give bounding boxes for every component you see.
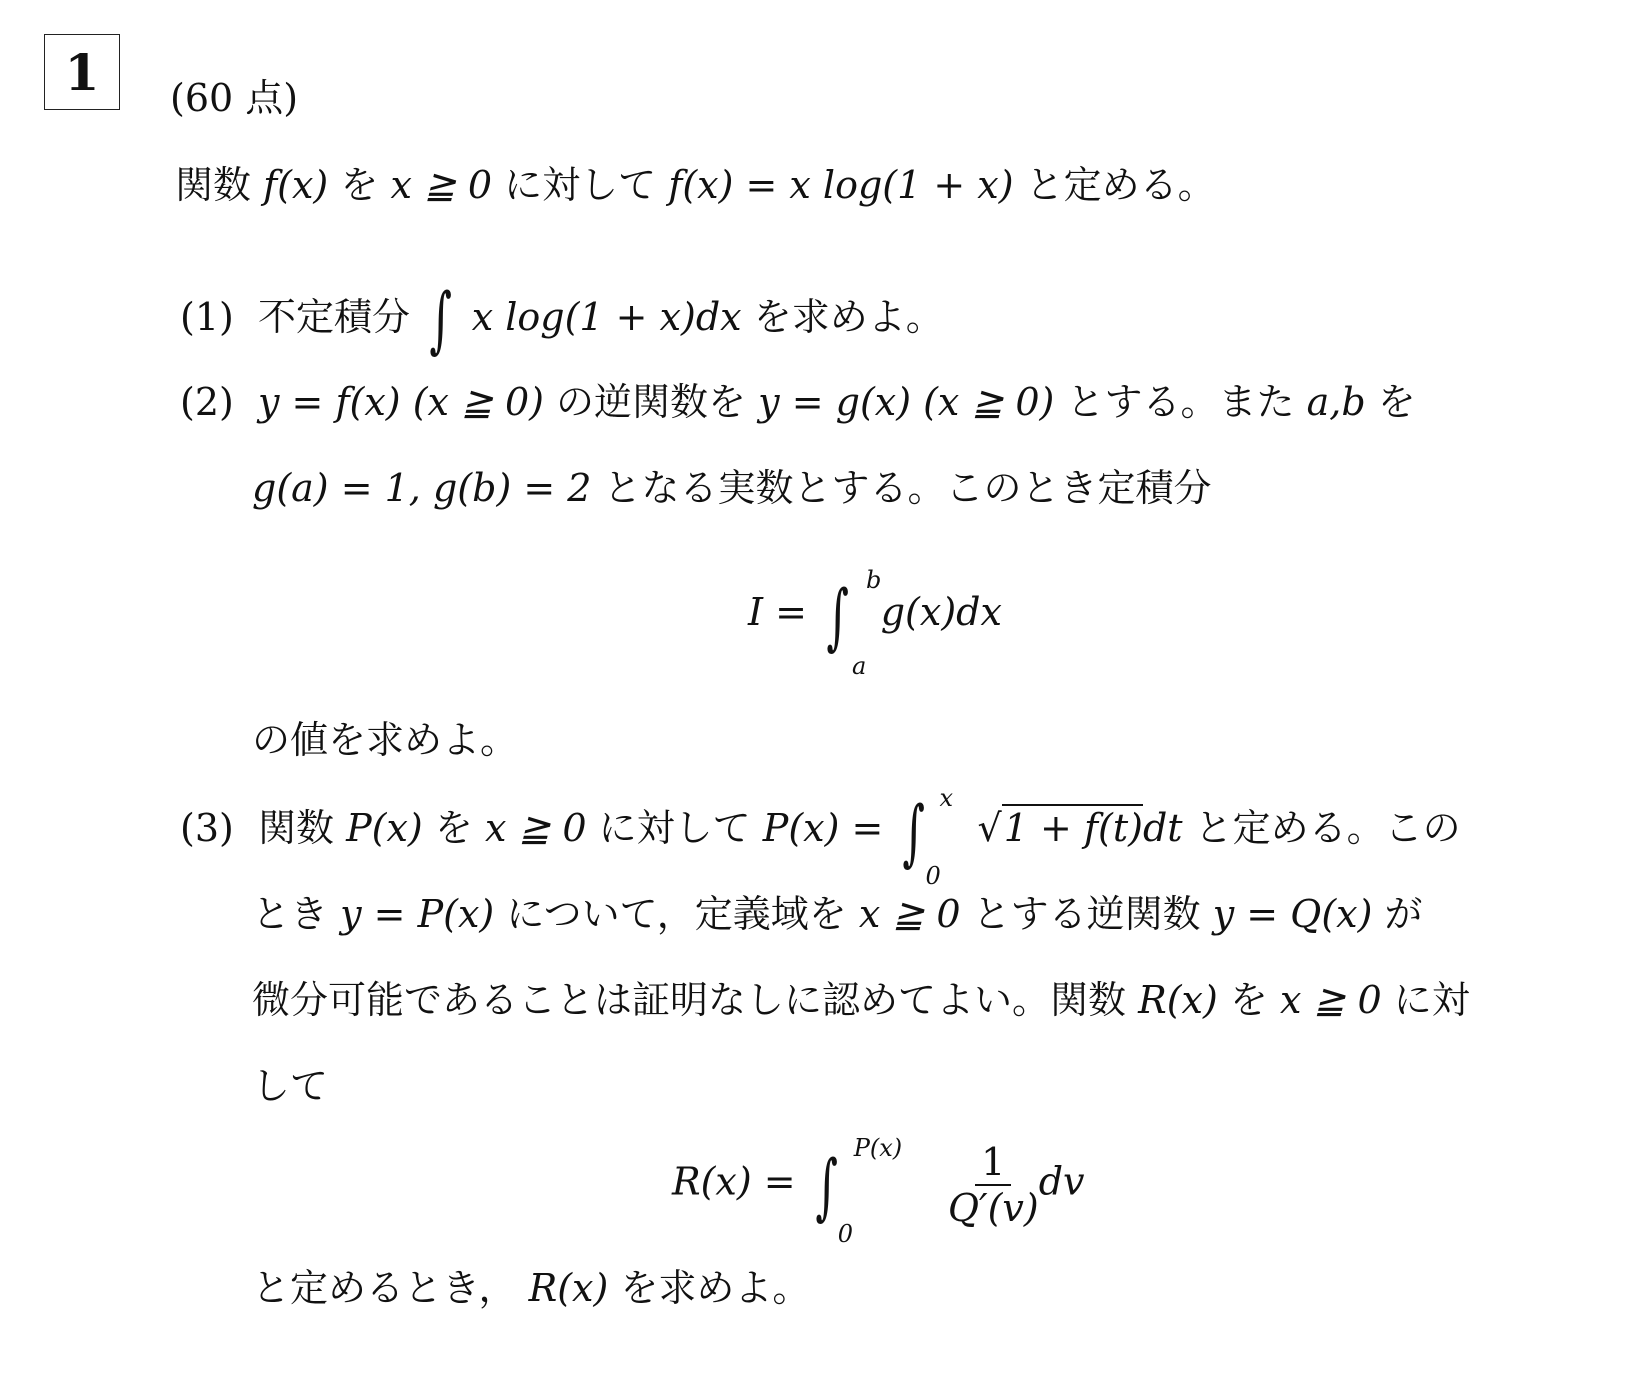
math-y-P: y = P(x) [340,892,494,936]
integral-sign: ∫ [430,297,453,341]
part-2-label: (2) [180,380,234,424]
intro-fx: f(x) [263,163,328,207]
text: とする。また [1066,380,1294,424]
denominator: Q′(v) [948,1186,1039,1230]
part-1-integrand: x log(1 + x)dx [472,295,742,339]
text: を [1230,978,1268,1022]
part-1-text-after: を求めよ。 [754,295,944,339]
integral-sign: ∫ [903,810,926,854]
integral-block: ∫ P(x) 0 [808,1160,936,1208]
integral-sign: ∫ [815,1164,838,1208]
text: 微分可能であることは証明なしに認めてよい。関数 [252,978,1126,1022]
fraction: 1 Q′(v) [948,1140,1039,1230]
part-1-text-before: 不定積分 [258,295,410,339]
upper-limit: b [866,558,881,602]
part-2-line-2: g(a) = 1, g(b) = 2 となる実数とする。このとき定積分 [252,466,1212,510]
display-integrand: g(x)dx [881,590,1002,634]
part-3-line-5: と定めるとき， R(x) を求めよ。 [252,1266,810,1310]
part-2-line-1: (2) y = f(x) (x ≧ 0) の逆関数を y = g(x) (x ≧… [180,380,1416,424]
intro-prefix: 関数 [175,163,251,207]
intro-mid2: に対して [504,163,656,207]
math-ab: a,b [1307,380,1366,424]
math-cond: x ≧ 0 [1280,978,1382,1022]
text: とき [252,892,328,936]
intro-suffix: と定める。 [1026,163,1216,207]
text: に対して [599,806,751,850]
math-f-def: y = f(x) (x ≧ 0) [258,380,544,424]
numerator: 1 [975,1140,1011,1186]
part-3-line-4: して [252,1064,328,1108]
part-3-label: (3) [180,806,234,850]
part-1-label: (1) [180,295,234,339]
math-y-Q: y = Q(x) [1213,892,1373,936]
text: 関数 [258,806,334,850]
intro-line: 関数 f(x) を x ≧ 0 に対して f(x) = x log(1 + x)… [175,163,1216,207]
integral-sign: ∫ [827,594,850,638]
math-Rx: R(x) [1138,978,1218,1022]
text: の逆関数を [556,380,746,424]
upper-limit: x [939,776,953,820]
upper-limit: P(x) [854,1126,902,1170]
text: と定める。この [1195,806,1461,850]
display-lhs: I = [748,590,807,634]
part-3-line-3: 微分可能であることは証明なしに認めてよい。関数 R(x) を x ≧ 0 に対 [252,978,1470,1022]
math-Rx: R(x) [529,1266,609,1310]
radicand: 1 + f(t) [1002,804,1143,850]
dv: dv [1039,1160,1085,1204]
text: となる実数とする。このとき定積分 [604,466,1212,510]
display-lhs: R(x) = [672,1160,796,1204]
text: を [1378,380,1416,424]
math-g-values: g(a) = 1, g(b) = 2 [252,466,591,510]
text: が [1385,892,1423,936]
lower-limit: 0 [838,1212,853,1256]
intro-mid1: を [340,163,378,207]
math-cond: x ≧ 0 [859,892,961,936]
problem-number-box: 1 [44,34,120,110]
dt: dt [1143,806,1183,850]
math-cond: x ≧ 0 [485,806,587,850]
problem-number: 1 [65,43,100,102]
points-label: (60 点) [170,76,298,120]
text: を求めよ。 [620,1266,810,1310]
part-1: (1) 不定積分 ∫ x log(1 + x)dx を求めよ。 [180,295,944,341]
part-3-display: R(x) = ∫ P(x) 0 1 Q′(v) dv [672,1140,1085,1230]
text: とする逆関数 [973,892,1201,936]
sqrt-icon: √ [978,806,1002,850]
part-2-line-3: の値を求めよ。 [252,718,518,762]
text: を [435,806,473,850]
intro-cond: x ≧ 0 [390,163,492,207]
math-P-lhs: P(x) = [763,806,884,850]
text: に対 [1394,978,1470,1022]
text: について，定義域を [506,892,846,936]
text: と定めるとき， [252,1266,516,1310]
integral-block: ∫ x 0 [895,806,965,854]
math-Px: P(x) [346,806,423,850]
lower-limit: a [852,644,866,688]
math-g-def: y = g(x) (x ≧ 0) [758,380,1054,424]
intro-def: f(x) = x log(1 + x) [668,163,1013,207]
part-2-display: I = ∫ b a g(x)dx [748,590,1002,638]
part-3-line-2: とき y = P(x) について，定義域を x ≧ 0 とする逆関数 y = Q… [252,892,1423,936]
part-3-line-1: (3) 関数 P(x) を x ≧ 0 に対して P(x) = ∫ x 0 √1… [180,806,1461,854]
